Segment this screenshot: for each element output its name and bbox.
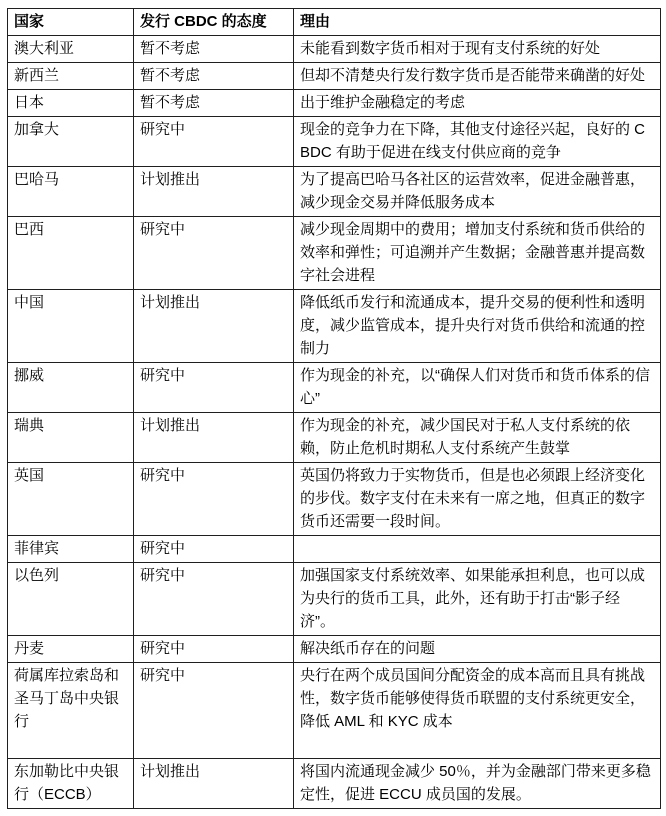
cell-reason: 但却不清楚央行发行数字货币是否能带来确凿的好处 — [294, 63, 661, 90]
cell-reason: 减少现金周期中的费用；增加支付系统和货币供给的效率和弹性；可追溯并产生数据；金融… — [294, 217, 661, 290]
cell-country: 加拿大 — [8, 117, 134, 167]
cell-country: 菲律宾 — [8, 536, 134, 563]
cell-country: 英国 — [8, 463, 134, 536]
header-attitude: 发行 CBDC 的态度 — [134, 9, 294, 36]
cell-reason: 作为现金的补充，减少国民对于私人支付系统的依赖，防止危机时期私人支付系统产生鼓掌 — [294, 413, 661, 463]
cell-country: 中国 — [8, 290, 134, 363]
table-row: 加拿大 研究中 现金的竞争力在下降，其他支付途径兴起，良好的 CBDC 有助于促… — [8, 117, 661, 167]
cell-country: 巴西 — [8, 217, 134, 290]
cell-country: 巴哈马 — [8, 167, 134, 217]
cell-attitude: 计划推出 — [134, 167, 294, 217]
table-row: 英国 研究中 英国仍将致力于实物货币，但是也必须跟上经济变化的步伐。数字支付在未… — [8, 463, 661, 536]
cell-attitude: 计划推出 — [134, 759, 294, 809]
table-row: 荷属库拉索岛和圣马丁岛中央银行 研究中 央行在两个成员国间分配资金的成本高而且具… — [8, 663, 661, 759]
table-row: 以色列 研究中 加强国家支付系统效率、如果能承担利息，也可以成为央行的货币工具，… — [8, 563, 661, 636]
cell-reason: 现金的竞争力在下降，其他支付途径兴起，良好的 CBDC 有助于促进在线支付供应商… — [294, 117, 661, 167]
table-row: 挪威 研究中 作为现金的补充，以“确保人们对货币和货币体系的信心” — [8, 363, 661, 413]
table-row: 澳大利亚 暂不考虑 未能看到数字货币相对于现有支付系统的好处 — [8, 36, 661, 63]
table-row: 瑞典 计划推出 作为现金的补充，减少国民对于私人支付系统的依赖，防止危机时期私人… — [8, 413, 661, 463]
cell-attitude: 暂不考虑 — [134, 63, 294, 90]
cell-country: 新西兰 — [8, 63, 134, 90]
cell-country: 澳大利亚 — [8, 36, 134, 63]
cell-attitude: 研究中 — [134, 117, 294, 167]
cell-attitude: 暂不考虑 — [134, 36, 294, 63]
cell-attitude: 研究中 — [134, 363, 294, 413]
cell-attitude: 研究中 — [134, 217, 294, 290]
cell-reason — [294, 536, 661, 563]
document-page: 国家 发行 CBDC 的态度 理由 澳大利亚 暂不考虑 未能看到数字货币相对于现… — [0, 0, 666, 816]
cell-attitude: 研究中 — [134, 463, 294, 536]
table-row: 巴西 研究中 减少现金周期中的费用；增加支付系统和货币供给的效率和弹性；可追溯并… — [8, 217, 661, 290]
cell-reason: 出于维护金融稳定的考虑 — [294, 90, 661, 117]
cell-attitude: 研究中 — [134, 536, 294, 563]
cell-country: 东加勒比中央银行（ECCB） — [8, 759, 134, 809]
cell-reason: 将国内流通现金减少 50％，并为金融部门带来更多稳定性，促进 ECCU 成员国的… — [294, 759, 661, 809]
cell-country: 丹麦 — [8, 636, 134, 663]
cell-reason: 作为现金的补充，以“确保人们对货币和货币体系的信心” — [294, 363, 661, 413]
table-row: 中国 计划推出 降低纸币发行和流通成本，提升交易的便利性和透明度，减少监管成本，… — [8, 290, 661, 363]
table-row: 巴哈马 计划推出 为了提高巴哈马各社区的运营效率，促进金融普惠，减少现金交易并降… — [8, 167, 661, 217]
cell-attitude: 计划推出 — [134, 413, 294, 463]
table-row: 丹麦 研究中 解决纸币存在的问题 — [8, 636, 661, 663]
cell-reason: 为了提高巴哈马各社区的运营效率，促进金融普惠，减少现金交易并降低服务成本 — [294, 167, 661, 217]
table-row: 东加勒比中央银行（ECCB） 计划推出 将国内流通现金减少 50％，并为金融部门… — [8, 759, 661, 809]
table-header-row: 国家 发行 CBDC 的态度 理由 — [8, 9, 661, 36]
cell-country: 挪威 — [8, 363, 134, 413]
table-row: 新西兰 暂不考虑 但却不清楚央行发行数字货币是否能带来确凿的好处 — [8, 63, 661, 90]
cell-reason: 加强国家支付系统效率、如果能承担利息，也可以成为央行的货币工具，此外，还有助于打… — [294, 563, 661, 636]
header-country: 国家 — [8, 9, 134, 36]
cbdc-attitude-table: 国家 发行 CBDC 的态度 理由 澳大利亚 暂不考虑 未能看到数字货币相对于现… — [7, 8, 661, 809]
cell-attitude: 研究中 — [134, 663, 294, 759]
cell-reason: 降低纸币发行和流通成本，提升交易的便利性和透明度，减少监管成本，提升央行对货币供… — [294, 290, 661, 363]
cell-attitude: 研究中 — [134, 636, 294, 663]
cell-country: 荷属库拉索岛和圣马丁岛中央银行 — [8, 663, 134, 759]
cell-country: 日本 — [8, 90, 134, 117]
cell-country: 瑞典 — [8, 413, 134, 463]
cell-reason: 英国仍将致力于实物货币，但是也必须跟上经济变化的步伐。数字支付在未来有一席之地，… — [294, 463, 661, 536]
table-row: 菲律宾 研究中 — [8, 536, 661, 563]
cell-country: 以色列 — [8, 563, 134, 636]
table-row: 日本 暂不考虑 出于维护金融稳定的考虑 — [8, 90, 661, 117]
header-reason: 理由 — [294, 9, 661, 36]
cell-attitude: 暂不考虑 — [134, 90, 294, 117]
cell-reason: 央行在两个成员国间分配资金的成本高而且具有挑战性，数字货币能够使得货币联盟的支付… — [294, 663, 661, 759]
cell-reason: 解决纸币存在的问题 — [294, 636, 661, 663]
cell-attitude: 研究中 — [134, 563, 294, 636]
cell-attitude: 计划推出 — [134, 290, 294, 363]
cell-reason: 未能看到数字货币相对于现有支付系统的好处 — [294, 36, 661, 63]
